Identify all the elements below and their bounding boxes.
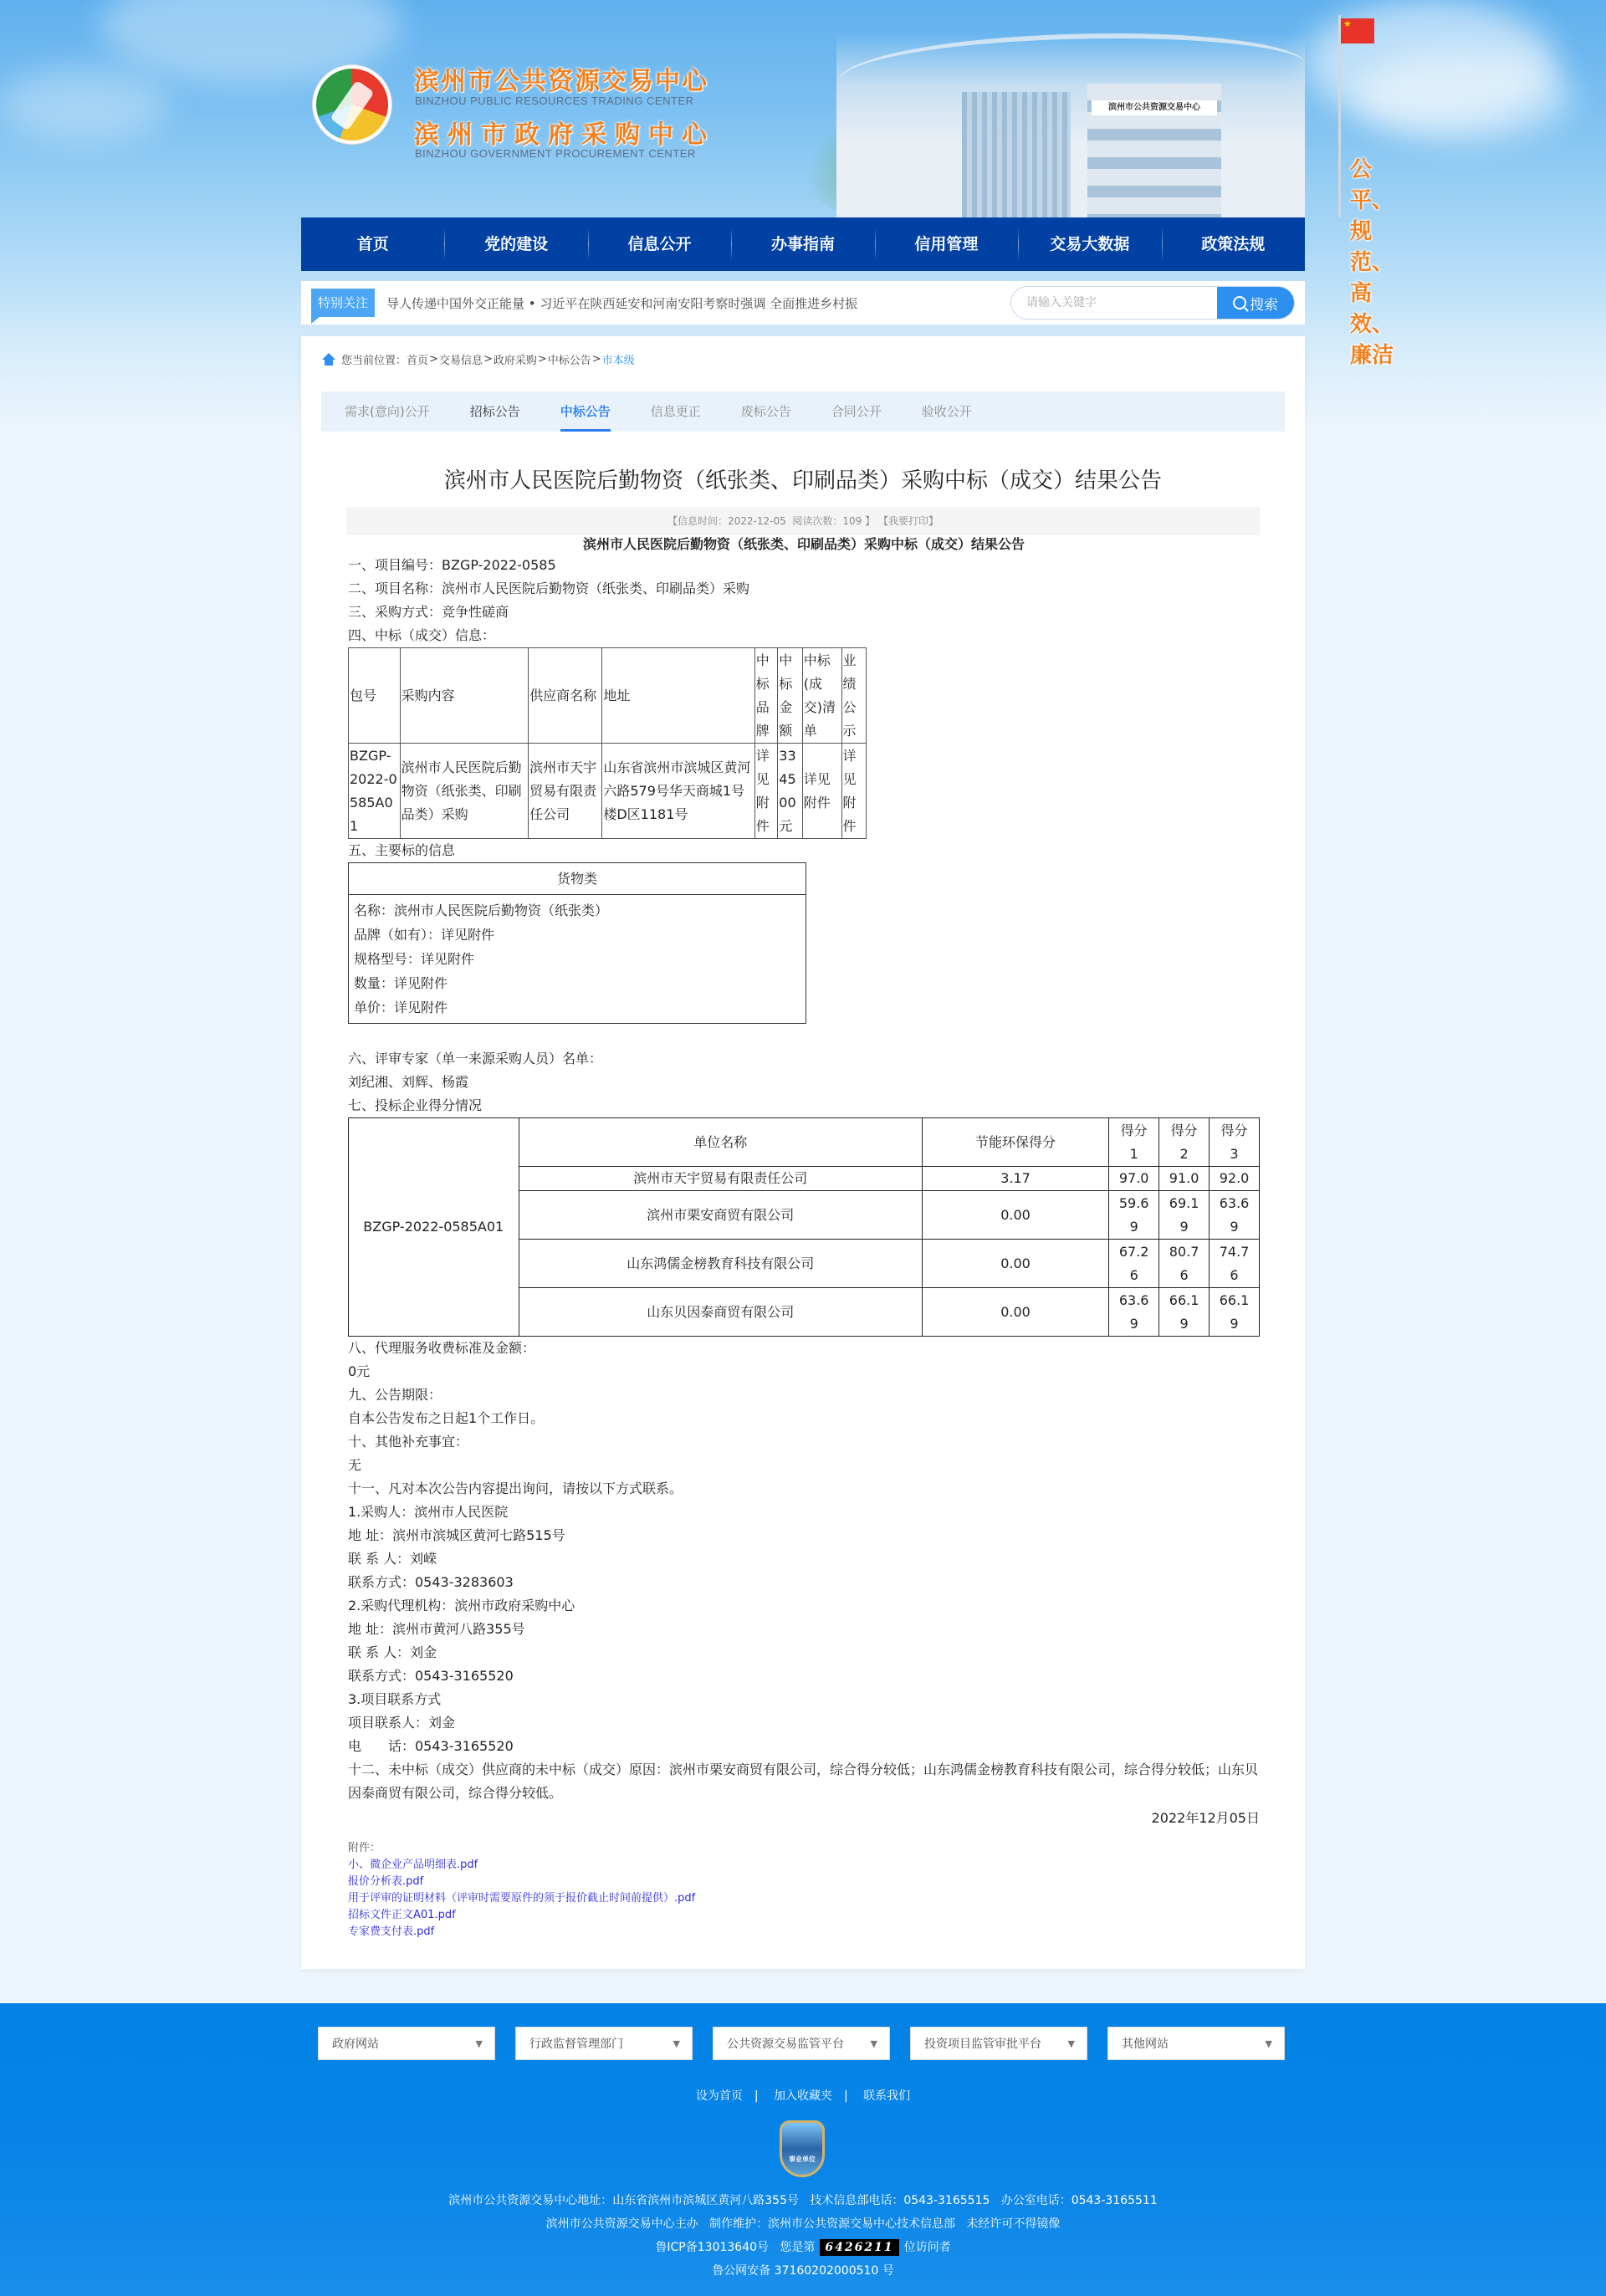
search-button-label: 搜索 — [1250, 293, 1278, 314]
org-name-primary: 滨州市公共资源交易中心 — [414, 60, 708, 97]
logo-icon[interactable] — [313, 65, 391, 144]
slogan: 公平、规范、高效、廉洁 — [1350, 152, 1394, 369]
nav-item-credit[interactable]: 信用管理 — [875, 217, 1018, 271]
breadcrumb-trade-info[interactable]: 交易信息 — [439, 351, 483, 367]
dropdown-arrow-icon: ▼ — [1266, 2038, 1272, 2049]
header: 滨州市公共资源交易中心 BINZHOU PUBLIC RESOURCES TRA… — [301, 0, 1305, 217]
section-period: 九、公告期限： — [348, 1383, 1260, 1407]
meta-bracket: 】 — [865, 515, 875, 527]
contact-line: 1.采购人：滨州市人民医院 — [348, 1501, 1260, 1524]
score-package: BZGP-2022-0585A01 — [349, 1118, 519, 1337]
score-1: 67.26 — [1109, 1240, 1159, 1288]
footer-icp: 鲁ICP备13013640号 您是第6426211位访问者 — [0, 2236, 1606, 2259]
score-3: 74.76 — [1210, 1240, 1260, 1288]
other-matters: 无 — [348, 1454, 1260, 1477]
building-image: 滨州市公共资源交易中心 — [836, 33, 1305, 217]
institution-badge-icon[interactable]: 事业单位 — [780, 2120, 825, 2177]
score-eco: 3.17 — [922, 1167, 1108, 1191]
score-company: 滨州市栗安商贸有限公司 — [519, 1191, 922, 1240]
goods-line: 数量：详见附件 — [354, 971, 800, 995]
award-cell-supplier: 滨州市天宇贸易有限责任公司 — [529, 744, 602, 839]
award-header: 中标(成交)清单 — [802, 648, 841, 744]
award-cell-performance: 详见附件 — [841, 744, 866, 839]
tab-demand-disclosure[interactable]: 需求(意向)公开 — [345, 391, 430, 432]
publish-date: 2022年12月05日 — [348, 1807, 1260, 1830]
attachment-link[interactable]: 专家费支付表.pdf — [348, 1924, 1260, 1941]
section-agency-fee: 八、代理服务收费标准及金额： — [348, 1337, 1260, 1360]
select-investment-platforms[interactable]: 投资项目监管审批平台▼ — [910, 2027, 1087, 2060]
score-header: 得分1 — [1109, 1118, 1159, 1167]
award-header: 业绩公示 — [841, 648, 866, 744]
select-other-sites[interactable]: 其他网站▼ — [1107, 2027, 1285, 2060]
notice-period: 自本公告发布之日起1个工作日。 — [348, 1407, 1260, 1430]
goods-table: 货物类 名称：滨州市人民医院后勤物资（纸张类） 品牌（如有）：详见附件 规格型号… — [348, 862, 806, 1024]
select-label: 公共资源交易监管平台 — [727, 2035, 844, 2052]
nav-item-party-building[interactable]: 党的建设 — [444, 217, 587, 271]
section-main-items: 五、主要标的信息 — [348, 839, 1260, 862]
tab-void-notice[interactable]: 废标公告 — [741, 391, 791, 432]
agency-fee: 0元 — [348, 1360, 1260, 1383]
visitor-suffix: 位访问者 — [904, 2241, 951, 2254]
building-glass — [962, 92, 1071, 217]
attachment-link[interactable]: 招标文件正文A01.pdf — [348, 1907, 1260, 1924]
nav-item-big-data[interactable]: 交易大数据 — [1018, 217, 1161, 271]
contact-line: 2.采购代理机构：滨州市政府采购中心 — [348, 1594, 1260, 1618]
award-cell-content: 滨州市人民医院后勤物资（纸张类、印刷品类）采购 — [400, 744, 529, 839]
award-cell-list: 详见附件 — [802, 744, 841, 839]
nav-item-policy[interactable]: 政策法规 — [1162, 217, 1305, 271]
select-trading-platforms[interactable]: 公共资源交易监管平台▼ — [713, 2027, 890, 2060]
section-contact: 十一、凡对本次公告内容提出询问，请按以下方式联系。 — [348, 1477, 1260, 1501]
contact-line: 电 话：0543-3165520 — [348, 1735, 1260, 1758]
print-link[interactable]: 【我要打印】 — [878, 515, 939, 527]
experts-list: 刘纪湘、刘辉、杨霞 — [348, 1071, 1260, 1094]
score-2: 91.0 — [1159, 1167, 1210, 1191]
footer-address: 滨州市公共资源交易中心地址：山东省滨州市滨城区黄河八路355号 技术信息部电话：… — [0, 2189, 1606, 2212]
dropdown-arrow-icon: ▼ — [476, 2038, 483, 2049]
goods-line: 规格型号：详见附件 — [354, 947, 800, 971]
dropdown-arrow-icon: ▼ — [1068, 2038, 1075, 2049]
attachment-link[interactable]: 小、微企业产品明细表.pdf — [348, 1857, 1260, 1874]
goods-line: 品牌（如有）：详见附件 — [354, 923, 800, 947]
score-3: 63.69 — [1210, 1191, 1260, 1240]
award-header: 中标金额 — [778, 648, 802, 744]
select-admin-depts[interactable]: 行政监督管理部门▼ — [515, 2027, 693, 2060]
goods-table-header: 货物类 — [349, 863, 806, 895]
score-company: 山东鸿儒金榜教育科技有限公司 — [519, 1240, 922, 1288]
score-company: 滨州市天宇贸易有限责任公司 — [519, 1167, 922, 1191]
score-header: 节能环保得分 — [922, 1118, 1108, 1167]
badge-label: 事业单位 — [782, 2155, 822, 2164]
set-homepage-link[interactable]: 设为首页 — [696, 2089, 743, 2103]
score-2: 80.76 — [1159, 1240, 1210, 1288]
contact-line: 联系方式：0543-3283603 — [348, 1571, 1260, 1594]
contact-us-link[interactable]: 联系我们 — [863, 2089, 910, 2103]
tab-correction[interactable]: 信息更正 — [651, 391, 701, 432]
tab-tender-notice[interactable]: 招标公告 — [470, 391, 520, 432]
footer-info: 滨州市公共资源交易中心地址：山东省滨州市滨城区黄河八路355号 技术信息部电话：… — [0, 2189, 1606, 2283]
visitor-counter: 6426211 — [820, 2239, 898, 2256]
score-eco: 0.00 — [922, 1288, 1108, 1337]
score-table: BZGP-2022-0585A01 单位名称 节能环保得分 得分1 得分2 得分… — [348, 1117, 1260, 1337]
score-company: 山东贝因泰商贸有限公司 — [519, 1288, 922, 1337]
score-header: 单位名称 — [519, 1118, 922, 1167]
breadcrumb-current[interactable]: 市本级 — [602, 351, 635, 367]
friendly-links: 政府网站▼ 行政监督管理部门▼ 公共资源交易监管平台▼ 投资项目监管审批平台▼ … — [318, 2027, 1285, 2060]
score-2: 66.19 — [1159, 1288, 1210, 1337]
dropdown-arrow-icon: ▼ — [871, 2038, 877, 2049]
award-header: 地址 — [602, 648, 754, 744]
score-1: 63.69 — [1109, 1288, 1159, 1337]
project-name: 二、项目名称：滨州市人民医院后勤物资（纸张类、印刷品类）采购 — [348, 577, 1260, 601]
article-body: 滨州市人民医院后勤物资（纸张类、印刷品类）采购中标（成交）结果公告 一、项目编号… — [348, 535, 1260, 1941]
meta-reads: 109 — [842, 515, 862, 527]
procurement-method: 三、采购方式：竞争性磋商 — [348, 601, 1260, 624]
building-sign: 滨州市公共资源交易中心 — [1092, 100, 1217, 115]
contact-line: 联 系 人：刘嵘 — [348, 1547, 1260, 1571]
meta-reads-label: 阅读次数： — [792, 515, 842, 527]
building-roof — [836, 33, 1305, 134]
category-tabs: 需求(意向)公开 招标公告 中标公告 信息更正 废标公告 合同公开 验收公开 — [321, 391, 1285, 432]
search-input[interactable] — [1011, 287, 1217, 319]
flagpole — [1338, 15, 1341, 217]
flag-icon — [1341, 18, 1374, 43]
page-title: 滨州市人民医院后勤物资（纸张类、印刷品类）采购中标（成交）结果公告 — [301, 463, 1305, 494]
content-card: 您当前位置： 首页> 交易信息> 政府采购> 中标公告> 市本级 需求(意向)公… — [301, 336, 1305, 1969]
contact-line: 地 址：滨州市滨城区黄河七路515号 — [348, 1524, 1260, 1547]
award-header: 供应商名称 — [529, 648, 602, 744]
award-header: 中标品牌 — [754, 648, 778, 744]
select-label: 其他网站 — [1122, 2035, 1169, 2052]
select-gov-sites[interactable]: 政府网站▼ — [318, 2027, 495, 2060]
project-number: 一、项目编号：BZGP-2022-0585 — [348, 554, 1260, 577]
article-subtitle: 滨州市人民医院后勤物资（纸张类、印刷品类）采购中标（成交）结果公告 — [348, 535, 1260, 554]
breadcrumb-award-notice[interactable]: 中标公告 — [548, 351, 591, 367]
article-meta: 【信息时间：2022-12-05 阅读次数：109 】 【我要打印】 — [346, 507, 1260, 535]
contact-line: 联系方式：0543-3165520 — [348, 1664, 1260, 1688]
score-1: 97.0 — [1109, 1167, 1159, 1191]
org-name-secondary-en: BINZHOU GOVERNMENT PROCUREMENT CENTER — [415, 147, 696, 160]
score-eco: 0.00 — [922, 1240, 1108, 1288]
section-other: 十、其他补充事宜： — [348, 1430, 1260, 1454]
breadcrumb-label: 您当前位置： — [341, 351, 407, 367]
score-3: 92.0 — [1210, 1167, 1260, 1191]
breadcrumb-gov-procurement[interactable]: 政府采购 — [494, 351, 537, 367]
search-button[interactable]: 搜索 — [1217, 286, 1294, 320]
award-cell-address: 山东省滨州市滨城区黄河六路579号华天商城1号楼D区1181号 — [602, 744, 754, 839]
tab-acceptance[interactable]: 验收公开 — [922, 391, 972, 432]
goods-line: 名称：滨州市人民医院后勤物资（纸张类） — [354, 898, 800, 923]
goods-line: 单价：详见附件 — [354, 995, 800, 1020]
cloud-decoration — [0, 67, 167, 142]
add-favorite-link[interactable]: 加入收藏夹 — [774, 2089, 832, 2103]
attachment-link[interactable]: 用于评审的证明材料（评审时需要原件的须于报价截止时间前提供）.pdf — [348, 1890, 1260, 1907]
contact-line: 3.项目联系方式 — [348, 1688, 1260, 1711]
main-nav: 首页 党的建设 信息公开 办事指南 信用管理 交易大数据 政策法规 — [301, 217, 1305, 271]
search-box: 搜索 — [1010, 286, 1295, 320]
attachments: 附件： 小、微企业产品明细表.pdf 报价分析表.pdf 用于评审的证明材料（评… — [348, 1840, 1260, 1941]
score-1: 59.69 — [1109, 1191, 1159, 1240]
score-eco: 0.00 — [922, 1191, 1108, 1240]
award-cell-amount: 334500元 — [778, 744, 802, 839]
footer-sponsor: 滨州市公共资源交易中心主办 制作维护：滨州市公共资源交易中心技术信息部 未经许可… — [0, 2212, 1606, 2236]
tab-contract[interactable]: 合同公开 — [831, 391, 882, 432]
org-name-primary-en: BINZHOU PUBLIC RESOURCES TRADING CENTER — [415, 95, 693, 107]
cloud-decoration — [1355, 50, 1573, 142]
award-cell-brand: 详见附件 — [754, 744, 778, 839]
contact-line: 地 址：滨州市黄河八路355号 — [348, 1618, 1260, 1641]
footer-nav: 设为首页| 加入收藏夹| 联系我们 — [0, 2087, 1606, 2104]
score-header: 得分2 — [1159, 1118, 1210, 1167]
dropdown-arrow-icon: ▼ — [673, 2038, 680, 2049]
notice-bar: 特别关注 导人传递中国外交正能量 • 习近平在陕西延安和河南安阳考察时强调 全面… — [301, 281, 1305, 325]
section-scores: 七、投标企业得分情况 — [348, 1094, 1260, 1117]
home-icon — [321, 353, 336, 366]
tab-award-notice[interactable]: 中标公告 — [560, 391, 611, 432]
attachments-label: 附件： — [348, 1840, 1260, 1857]
award-header: 采购内容 — [400, 648, 529, 744]
meta-time-label: 【信息时间： — [667, 515, 728, 527]
news-ticker[interactable]: 导人传递中国外交正能量 • 习近平在陕西延安和河南安阳考察时强调 全面推进乡村振 — [386, 294, 888, 312]
org-name-secondary: 滨州市政府采购中心 — [414, 114, 715, 151]
contact-line: 联 系 人：刘金 — [348, 1641, 1260, 1664]
award-table: 包号 采购内容 供应商名称 地址 中标品牌 中标金额 中标(成交)清单 业绩公示… — [348, 647, 867, 839]
icp-number: 鲁ICP备13013640号 您是第 — [655, 2241, 815, 2254]
footer-police-record[interactable]: 鲁公网安备 37160202000510 号 — [0, 2259, 1606, 2283]
section-experts: 六、评审专家（单一来源采购人员）名单： — [348, 1047, 1260, 1071]
search-icon — [1233, 296, 1246, 309]
nav-item-info-disclosure[interactable]: 信息公开 — [588, 217, 731, 271]
breadcrumb: 您当前位置： 首页> 交易信息> 政府采购> 中标公告> 市本级 — [321, 351, 635, 367]
attachment-link[interactable]: 报价分析表.pdf — [348, 1874, 1260, 1890]
section-unsuccessful: 十二、未中标（成交）供应商的未中标（成交）原因：滨州市栗安商贸有限公司，综合得分… — [348, 1758, 1260, 1805]
nav-item-service-guide[interactable]: 办事指南 — [731, 217, 874, 271]
breadcrumb-home[interactable]: 首页 — [407, 351, 428, 367]
score-3: 66.19 — [1210, 1288, 1260, 1337]
goods-table-body: 名称：滨州市人民医院后勤物资（纸张类） 品牌（如有）：详见附件 规格型号：详见附… — [349, 895, 806, 1024]
select-label: 政府网站 — [332, 2035, 379, 2052]
score-2: 69.19 — [1159, 1191, 1210, 1240]
meta-time: 2022-12-05 — [728, 515, 786, 527]
award-header: 包号 — [349, 648, 401, 744]
select-label: 投资项目监管审批平台 — [924, 2035, 1041, 2052]
footer: 政府网站▼ 行政监督管理部门▼ 公共资源交易监管平台▼ 投资项目监管审批平台▼ … — [0, 2003, 1606, 2296]
award-cell-package: BZGP-2022-0585A01 — [349, 744, 401, 839]
contact-line: 项目联系人：刘金 — [348, 1711, 1260, 1735]
section-award-info: 四、中标（成交）信息： — [348, 624, 1260, 647]
special-focus-tag: 特别关注 — [311, 289, 375, 317]
nav-item-home[interactable]: 首页 — [301, 217, 444, 271]
score-header: 得分3 — [1210, 1118, 1260, 1167]
select-label: 行政监督管理部门 — [529, 2035, 623, 2052]
